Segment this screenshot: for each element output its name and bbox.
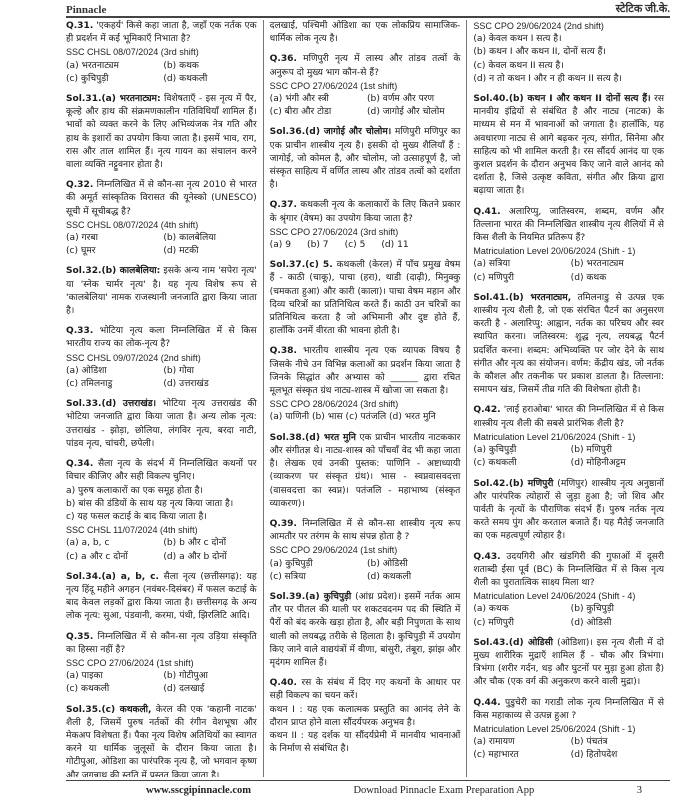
options-list: (a) कुचिपुड़ी(b) ओडिसी(c) सत्रिया(d) कथक… [270, 558, 461, 584]
answer-option[interactable]: (b) कुचिपुड़ी [571, 603, 664, 616]
column-1: Q.31. 'एकहर्य' किसे कहा जाता है, जहाँ एक… [66, 20, 263, 777]
question-text: 'एकहर्य' किसे कहा जाता है, जहाँ एक नर्तक… [66, 21, 257, 44]
footer-divider [66, 780, 670, 781]
question-number: Q.32. [66, 180, 93, 190]
answer-option[interactable]: (d) कथकली [367, 571, 460, 584]
question-text: रस के संबंध में दिए गए कथनों के आधार पर … [270, 678, 461, 701]
answer-option[interactable]: (d) जागोई और चोलोम [367, 106, 460, 119]
page-footer: www.sscgipinnacle.com Download Pinnacle … [66, 783, 670, 797]
answer-option[interactable]: (d) a और b दोनों [163, 551, 256, 564]
solution-block: Sol.39.(a) कुचिपुड़ी (आंध्र प्रदेश)। इसम… [270, 591, 461, 670]
solution-body: Sol.39.(a) कुचिपुड़ी (आंध्र प्रदेश)। इसम… [270, 591, 461, 670]
question-number: Q.35. [66, 632, 93, 642]
footer-app-promo: Download Pinnacle Exam Preparation App [353, 785, 534, 796]
answer-option[interactable]: (c) सत्रिया [270, 571, 363, 584]
question-number: Q.39. [270, 519, 297, 529]
exam-reference: Matriculation Level 20/06/2024 (Shift - … [473, 245, 664, 258]
answer-option[interactable]: (b) कथक [163, 60, 256, 73]
answer-option[interactable]: (a) a, b, c [66, 537, 159, 550]
question-text: निम्नलिखित में से कौन-सा नृत्य 2010 से भ… [66, 180, 257, 216]
answer-option[interactable]: (d) न तो कथन I और न ही कथन II सत्य है। [473, 73, 664, 86]
question-block: Q.37. कथकली नृत्य के कलाकारों के लिए कित… [270, 199, 461, 252]
header-divider [66, 16, 670, 18]
header-section-title: स्टेटिक जी.के. [616, 1, 670, 16]
answer-option[interactable]: (c) तमिलनाडु [66, 378, 159, 391]
column-3: SSC CPO 29/06/2024 (2nd shift)(a) केवल क… [466, 20, 670, 777]
answer-option[interactable]: (b) b और c दोनों [163, 537, 256, 550]
solution-body: Sol.32.(b) कालबेलिया: इसके अन्य नाम 'सपे… [66, 265, 257, 318]
question-stem: Q.39. निम्नलिखित में से कौन-सा शास्त्रीय… [270, 518, 461, 544]
answer-option[interactable]: (c) मणिपुरी [473, 272, 566, 285]
exam-reference: SSC CPO 27/06/2024 (3rd shift) [270, 226, 461, 239]
solution-block: Sol.36.(d) जागोई और चोलोम। मणिपुरी मणिपु… [270, 126, 461, 192]
question-block: Q.32. निम्नलिखित में से कौन-सा नृत्य 201… [66, 179, 257, 258]
question-stem: Q.36. मणिपुरी नृत्य में लास्य और तांडव त… [270, 53, 461, 79]
solution-block: Sol.37.(c) 5. कथकली (केरल) में पाँच प्रम… [270, 259, 461, 338]
exam-reference: Matriculation Level 25/06/2024 (Shift - … [473, 723, 664, 736]
text-block: दलखाई, पश्चिमी ओडिशा का एक लोकप्रिय सामा… [270, 20, 461, 46]
answer-option[interactable]: (d) कथक [571, 272, 664, 285]
question-stem: Q.37. कथकली नृत्य के कलाकारों के लिए कित… [270, 199, 461, 225]
solution-body: Sol.33.(d) उत्तराखंड। भोटिया नृत्य उत्तर… [66, 398, 257, 451]
question-text: भोटिया नृत्य कला निम्नलिखित में से किस भ… [66, 326, 257, 349]
answer-option[interactable]: (b) वर्णम और परण [367, 93, 460, 106]
solution-label: Sol.43.(d) ओडिसी [473, 638, 553, 648]
solution-label: Sol.42.(b) मणिपुरी [473, 479, 553, 489]
exam-reference: Matriculation Level 21/06/2024 (Shift - … [473, 431, 664, 444]
answer-option[interactable]: (a) भरतनाट्यम [66, 60, 159, 73]
solution-body: Sol.40.(b) कथन I और कथन II दोनों सत्य है… [473, 93, 664, 199]
options-list: (a) रामायण(b) पंचतंत्र(c) महाभारत(d) हित… [473, 736, 664, 762]
solution-block: Sol.33.(d) उत्तराखंड। भोटिया नृत्य उत्तर… [66, 398, 257, 451]
solution-label: Sol.39.(a) कुचिपुड़ी [270, 592, 352, 602]
answer-option[interactable]: (a) भंगी और स्त्री [270, 93, 363, 106]
question-block: Q.33. भोटिया नृत्य कला निम्नलिखित में से… [66, 325, 257, 391]
exam-reference: SSC CHSL 08/07/2024 (3rd shift) [66, 46, 257, 59]
question-number: Q.31. [66, 21, 93, 31]
answer-option[interactable]: (a) सत्रिया [473, 258, 566, 271]
solution-block: Sol.32.(b) कालबेलिया: इसके अन्य नाम 'सपे… [66, 265, 257, 318]
question-stem: Q.33. भोटिया नृत्य कला निम्नलिखित में से… [66, 325, 257, 351]
answer-option[interactable]: (c) कथकली [66, 683, 159, 696]
options-list: (a) ओडिशा(b) गोवा(c) तमिलनाडु(d) उत्तराख… [66, 365, 257, 391]
options-list: (a) गरबा(b) कालबेलिया(c) घूमर(d) मटकी [66, 232, 257, 258]
answer-option[interactable]: (a) रामायण [473, 736, 566, 749]
answer-option[interactable]: (b) पंचतंत्र [571, 736, 664, 749]
solution-label: Sol.33.(d) उत्तराखंड। [66, 399, 156, 409]
question-stem: Q.43. उदयगिरी और खंडगिरी की गुफाओं में द… [473, 551, 664, 591]
column-2: दलखाई, पश्चिमी ओडिशा का एक लोकप्रिय सामा… [263, 20, 467, 777]
options-list: (a) a, b, c(b) b और c दोनों(c) a और c दो… [66, 537, 257, 563]
solution-label: Sol.41.(b) भरतनाट्यम, [473, 293, 571, 303]
question-text: अलारिप्पु, जातिस्वरम, शब्दम, वर्णम और ति… [473, 207, 664, 243]
solution-body: Sol.43.(d) ओडिसी (ओडिशा)। इस नृत्य शैली … [473, 637, 664, 690]
exam-reference: SSC CHSL 09/07/2024 (2nd shift) [66, 352, 257, 365]
answer-option[interactable]: (d) कथकली [163, 73, 256, 86]
solution-text: एक प्राचीन भारतीय नाटककार और संगीतज्ञ थे… [270, 433, 461, 509]
question-number: Q.38. [270, 346, 297, 356]
exam-reference: SSC CPO 27/06/2024 (1st shift) [66, 657, 257, 670]
question-number: Q.33. [66, 326, 93, 336]
exam-reference: SSC CPO 27/06/2024 (1st shift) [270, 80, 461, 93]
question-block: Q.36. मणिपुरी नृत्य में लास्य और तांडव त… [270, 53, 461, 119]
question-number: Q.40. [270, 678, 297, 688]
content-columns: Q.31. 'एकहर्य' किसे कहा जाता है, जहाँ एक… [66, 20, 670, 777]
question-number: Q.34. [66, 459, 93, 469]
answer-option[interactable]: (a) कथक [473, 603, 566, 616]
question-stem: Q.42. 'लाई हराओबा' भारत की निम्नलिखित मे… [473, 404, 664, 430]
solution-body: Sol.34.(a) a, b, c. सैला नृत्य (छत्तीसगढ… [66, 571, 257, 624]
exam-reference: SSC CHSL 11/07/2024 (4th shift) [66, 524, 257, 537]
question-stem: Q.32. निम्नलिखित में से कौन-सा नृत्य 201… [66, 179, 257, 219]
solution-label: Sol.34.(a) a, b, c. [66, 572, 159, 582]
answer-option[interactable]: (b) ओडिसी [367, 558, 460, 571]
solution-label: Sol.37.(c) 5. [270, 260, 333, 270]
question-block: SSC CPO 29/06/2024 (2nd shift)(a) केवल क… [473, 20, 664, 86]
question-stem: Q.35. निम्नलिखित में से कौन-सा नृत्य उड़… [66, 631, 257, 657]
answer-option[interactable]: (b) गोवा [163, 365, 256, 378]
answer-option[interactable]: (d) मोहिनीअट्टम [571, 457, 664, 470]
answer-option[interactable]: (a) 9 [270, 239, 291, 252]
answer-option[interactable]: (d) मटकी [163, 245, 256, 258]
question-block: Q.38. भारतीय शास्त्रीय नृत्य एक व्यापक व… [270, 345, 461, 424]
solution-text: विशेषताएँ - इस नृत्य में पैर, कूल्हे और … [66, 94, 257, 170]
statement: b) बांस की डंडियों के साथ यह नृत्य किया … [66, 498, 257, 511]
question-block: Q.39. निम्नलिखित में से कौन-सा शास्त्रीय… [270, 518, 461, 584]
answer-option[interactable]: (b) मणिपुरी [571, 444, 664, 457]
answer-option[interactable]: (c) 5 [345, 239, 366, 252]
solution-block: Sol.35.(c) कथकली, केरल की एक 'कहानी नाटक… [66, 704, 257, 777]
solution-body: Sol.31.(a) भरतनाट्यम: विशेषताएँ - इस नृत… [66, 93, 257, 172]
question-block: Q.34. सैला नृत्य के संदर्भ में निम्नलिखि… [66, 458, 257, 564]
question-text: उदयगिरी और खंडगिरी की गुफाओं में दूसरी श… [473, 552, 664, 588]
question-stem: Q.44. पुडुचेरी का गराडी लोक नृत्य निम्नल… [473, 697, 664, 723]
solution-label: Sol.35.(c) कथकली, [66, 705, 152, 715]
answer-option[interactable]: (d) ओडिसी [571, 617, 664, 630]
solution-body: Sol.36.(d) जागोई और चोलोम। मणिपुरी मणिपु… [270, 126, 461, 192]
question-stem: Q.40. रस के संबंध में दिए गए कथनों के आध… [270, 677, 461, 703]
options-list: (a) भरतनाट्यम(b) कथक(c) कुचिपुड़ी(d) कथक… [66, 60, 257, 86]
question-number: Q.44. [473, 698, 500, 708]
answer-option[interactable]: (a) पाइका [66, 670, 159, 683]
header-brand: Pinnacle [66, 4, 106, 16]
question-block: Q.43. उदयगिरी और खंडगिरी की गुफाओं में द… [473, 551, 664, 630]
question-block: Q.41. अलारिप्पु, जातिस्वरम, शब्दम, वर्णम… [473, 206, 664, 285]
answer-option[interactable]: (c) केवल कथन II सत्य है। [473, 60, 664, 73]
answer-option[interactable]: (b) कथन I और कथन II, दोनों सत्य हैं। [473, 46, 664, 59]
answer-option[interactable]: (d) उत्तराखंड [163, 378, 256, 391]
exam-reference: SSC CHSL 08/07/2024 (4th shift) [66, 219, 257, 232]
options-list: (a) केवल कथन I सत्य है।(b) कथन I और कथन … [473, 33, 664, 86]
statement: a) पुरुष कलाकारों का एक समूह होता है। [66, 485, 257, 498]
question-number: Q.42. [473, 405, 500, 415]
answer-option[interactable]: (a) गरबा [66, 232, 159, 245]
solution-block: Sol.40.(b) कथन I और कथन II दोनों सत्य है… [473, 93, 664, 199]
question-block: Q.31. 'एकहर्य' किसे कहा जाता है, जहाँ एक… [66, 20, 257, 86]
question-stem: Q.31. 'एकहर्य' किसे कहा जाता है, जहाँ एक… [66, 20, 257, 46]
exam-reference: Matriculation Level 24/06/2024 (Shift - … [473, 590, 664, 603]
question-block: Q.40. रस के संबंध में दिए गए कथनों के आध… [270, 677, 461, 756]
options-list: (a) कुचिपुड़ी(b) मणिपुरी(c) कथकली(d) मोह… [473, 444, 664, 470]
question-text: 'लाई हराओबा' भारत की निम्नलिखित में से क… [473, 405, 664, 428]
solution-label: Sol.36.(d) जागोई और चोलोम। [270, 127, 392, 137]
page-number: 3 [637, 785, 670, 796]
answer-option[interactable]: (b) गोटीपुआ [163, 670, 256, 683]
solution-label: Sol.31.(a) भरतनाट्यम: [66, 94, 161, 104]
answer-option[interactable]: (c) कथकली [473, 457, 566, 470]
answer-option[interactable]: (d) हितोपदेश [571, 749, 664, 762]
solution-body: Sol.42.(b) मणिपुरी (मणिपुर) शास्त्रीय नृ… [473, 478, 664, 544]
solution-text: तमिलनाडु से उत्पन्न एक शास्त्रीय नृत्य श… [473, 293, 664, 395]
question-number: Q.37. [270, 200, 297, 210]
answer-option[interactable]: (d) दलखाई [163, 683, 256, 696]
solution-text: कथकली (केरल) में पाँच प्रमुख वेषम हैं - … [270, 260, 461, 336]
answer-option[interactable]: (a) ओडिशा [66, 365, 159, 378]
question-text: पुडुचेरी का गराडी लोक नृत्य निम्नलिखित म… [473, 698, 664, 721]
question-block: Q.35. निम्नलिखित में से कौन-सा नृत्य उड़… [66, 631, 257, 697]
answer-option[interactable]: (b) भरतनाट्यम [571, 258, 664, 271]
answer-option[interactable]: (c) महाभारत [473, 749, 566, 762]
question-text: मणिपुरी नृत्य में लास्य और तांडव तत्वों … [270, 54, 461, 77]
exam-reference: SSC CPO 29/06/2024 (1st shift) [270, 544, 461, 557]
answer-option[interactable]: (b) 7 [307, 239, 329, 252]
question-block: Q.42. 'लाई हराओबा' भारत की निम्नलिखित मे… [473, 404, 664, 470]
solution-body: Sol.35.(c) कथकली, केरल की एक 'कहानी नाटक… [66, 704, 257, 777]
options-list: (a) सत्रिया(b) भरतनाट्यम(c) मणिपुरी(d) क… [473, 258, 664, 284]
question-number: Q.36. [270, 54, 297, 64]
answer-option[interactable]: (c) मणिपुरी [473, 617, 566, 630]
question-block: Q.44. पुडुचेरी का गराडी लोक नृत्य निम्नल… [473, 697, 664, 763]
question-text: कथकली नृत्य के कलाकारों के लिए कितने प्र… [270, 200, 461, 223]
continued-text: दलखाई, पश्चिमी ओडिशा का एक लोकप्रिय सामा… [270, 21, 461, 44]
solution-label: Sol.40.(b) कथन I और कथन II दोनों सत्य है… [473, 94, 650, 104]
question-stem: Q.41. अलारिप्पु, जातिस्वरम, शब्दम, वर्णम… [473, 206, 664, 246]
answer-option[interactable]: (a) कुचिपुड़ी [270, 558, 363, 571]
solution-text: केरल की एक 'कहानी नाटक' शैली है, जिसमें … [66, 705, 257, 777]
options-list: (a) भंगी और स्त्री(b) वर्णम और परण(c) बी… [270, 93, 461, 119]
answer-option[interactable]: (c) बीरा और टोडा [270, 106, 363, 119]
statement: कथन II : यह दर्शक या सौंदर्यप्रेमी में म… [270, 730, 461, 756]
options-list: (a) पाइका(b) गोटीपुआ(c) कथकली(d) दलखाई [66, 670, 257, 696]
answer-option[interactable]: (c) a और c दोनों [66, 551, 159, 564]
solution-block: Sol.42.(b) मणिपुरी (मणिपुर) शास्त्रीय नृ… [473, 478, 664, 544]
solution-block: Sol.38.(d) भरत मुनि एक प्राचीन भारतीय ना… [270, 432, 461, 511]
question-stem: Q.34. सैला नृत्य के संदर्भ में निम्नलिखि… [66, 458, 257, 484]
question-number: Q.43. [473, 552, 500, 562]
answer-option[interactable]: (d) 11 [381, 239, 408, 252]
options-list: (a) 9(b) 7(c) 5(d) 11 [270, 239, 461, 252]
solution-body: Sol.41.(b) भरतनाट्यम, तमिलनाडु से उत्पन्… [473, 292, 664, 398]
solution-label: Sol.38.(d) भरत मुनि [270, 433, 356, 443]
footer-website-link[interactable]: www.sscgipinnacle.com [66, 785, 251, 796]
page-header: Pinnacle स्टेटिक जी.के. [66, 2, 670, 16]
statement: c) यह फसल कटाई के बाद किया जाता है। [66, 511, 257, 524]
answer-option[interactable]: (a) केवल कथन I सत्य है। [473, 33, 664, 46]
solution-body: Sol.37.(c) 5. कथकली (केरल) में पाँच प्रम… [270, 259, 461, 338]
options-list: (a) पाणिनी (b) भास (c) पतंजलि (d) भरत मु… [270, 411, 461, 424]
options-list: (a) कथक(b) कुचिपुड़ी(c) मणिपुरी(d) ओडिसी [473, 603, 664, 629]
question-stem: Q.38. भारतीय शास्त्रीय नृत्य एक व्यापक व… [270, 345, 461, 398]
solution-body: Sol.38.(d) भरत मुनि एक प्राचीन भारतीय ना… [270, 432, 461, 511]
exam-reference: SSC CPO 29/06/2024 (2nd shift) [473, 20, 664, 33]
answer-option[interactable]: (a) कुचिपुड़ी [473, 444, 566, 457]
solution-text: (आंध्र प्रदेश)। इसमें नर्तक आम तौर पर पी… [270, 592, 461, 668]
answer-option[interactable]: (a) पाणिनी (b) भास (c) पतंजलि (d) भरत मु… [270, 412, 436, 422]
statement: कथन I : यह एक कलात्मक प्रस्तुति का आनंद … [270, 704, 461, 730]
solution-text: रस मानवीय इंद्रियों से संबंधित है और नाट… [473, 94, 664, 196]
solution-label: Sol.32.(b) कालबेलिया: [66, 266, 160, 276]
question-text: सैला नृत्य के संदर्भ में निम्नलिखित कथनो… [66, 459, 257, 482]
solution-block: Sol.34.(a) a, b, c. सैला नृत्य (छत्तीसगढ… [66, 571, 257, 624]
exam-reference: SSC CPO 28/06/2024 (3rd shift) [270, 398, 461, 411]
solution-block: Sol.41.(b) भरतनाट्यम, तमिलनाडु से उत्पन्… [473, 292, 664, 398]
question-text: भारतीय शास्त्रीय नृत्य एक व्यापक विषय है… [270, 346, 461, 396]
solution-block: Sol.31.(a) भरतनाट्यम: विशेषताएँ - इस नृत… [66, 93, 257, 172]
question-number: Q.41. [473, 207, 500, 217]
solution-block: Sol.43.(d) ओडिसी (ओडिशा)। इस नृत्य शैली … [473, 637, 664, 690]
question-text: निम्नलिखित में से कौन-सा नृत्य उड़िया सं… [66, 632, 257, 655]
question-text: निम्नलिखित में से कौन-सा शास्त्रीय नृत्य… [270, 519, 461, 542]
answer-option[interactable]: (c) कुचिपुड़ी [66, 73, 159, 86]
answer-option[interactable]: (b) कालबेलिया [163, 232, 256, 245]
answer-option[interactable]: (c) घूमर [66, 245, 159, 258]
